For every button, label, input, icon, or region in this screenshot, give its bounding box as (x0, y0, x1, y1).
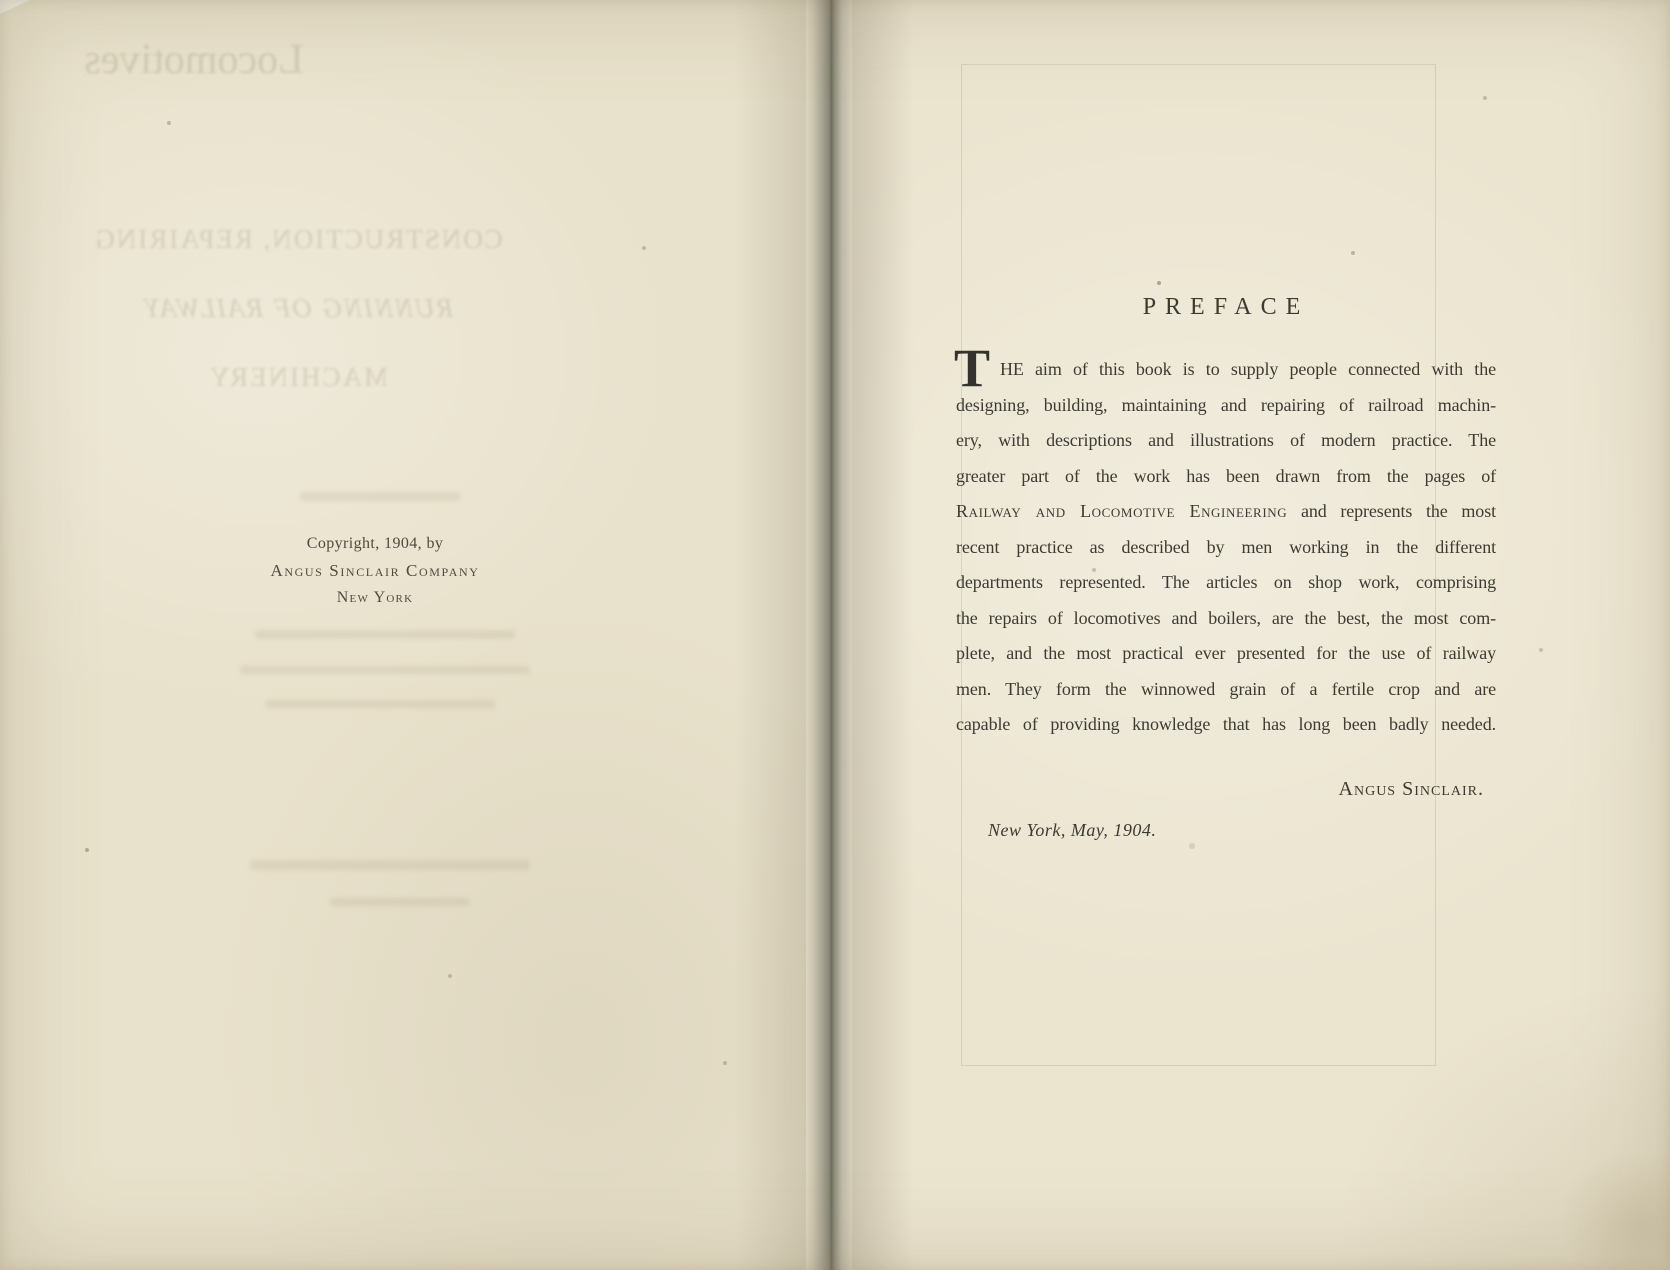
showthrough-smudge (330, 898, 470, 906)
left-page: Locomotives CONSTRUCTION, REPAIRING RUNN… (0, 0, 806, 1270)
copyright-notice: Copyright, 1904, by Angus Sinclair Compa… (155, 530, 595, 611)
paragraph-line: greater part of the work has been drawn … (956, 459, 1496, 495)
gutter-shadow (852, 0, 914, 1270)
dust-specks (0, 0, 2, 2)
showthrough-smudge (250, 860, 530, 870)
paragraph-line: capable of providing knowledge that has … (956, 707, 1496, 743)
showthrough-title-text: Locomotives (58, 36, 330, 84)
showthrough-line: RUNNING OF RAILWAY (38, 293, 558, 324)
place-dateline: New York, May, 1904. (988, 820, 1156, 841)
paper-stain (1560, 1150, 1670, 1270)
copyright-line: Copyright, 1904, by (155, 530, 595, 557)
showthrough-line: MACHINERY (38, 362, 558, 393)
book-gutter (806, 0, 852, 1270)
showthrough-smudge (255, 630, 515, 639)
paragraph-line: Railway and Locomotive Engineering and r… (956, 494, 1496, 530)
paragraph-line: departments represented. The articles on… (956, 565, 1496, 601)
preface-paragraph: THE aim of this book is to supply people… (956, 352, 1496, 743)
showthrough-smudge (300, 492, 460, 501)
right-page: PREFACE THE aim of this book is to suppl… (852, 0, 1670, 1270)
copyright-city: New York (155, 584, 595, 611)
drop-cap: T (954, 341, 990, 395)
paragraph-line: THE aim of this book is to supply people… (956, 352, 1496, 388)
journal-name-smallcaps: Railway and Locomotive Engineering (956, 501, 1287, 521)
author-signature: Angus Sinclair. (956, 778, 1496, 801)
paragraph-line: the repairs of locomotives and boilers, … (956, 601, 1496, 637)
showthrough-smudge (265, 700, 495, 708)
book-scan: Locomotives CONSTRUCTION, REPAIRING RUNN… (0, 0, 1670, 1270)
paragraph-line: plete, and the most practical ever prese… (956, 636, 1496, 672)
page-corner (0, 0, 30, 14)
paragraph-line: designing, building, maintaining and rep… (956, 388, 1496, 424)
paragraph-line-text: HE aim of this book is to supply people … (1000, 359, 1496, 379)
paragraph-line-text: and represents the most (1287, 501, 1496, 521)
showthrough-title-block: CONSTRUCTION, REPAIRING RUNNING OF RAILW… (38, 224, 558, 431)
showthrough-smudge (240, 666, 530, 674)
paragraph-line: recent practice as described by men work… (956, 530, 1496, 566)
showthrough-line: CONSTRUCTION, REPAIRING (38, 224, 558, 255)
paragraph-line: ery, with descriptions and illustrations… (956, 423, 1496, 459)
copyright-publisher: Angus Sinclair Company (155, 557, 595, 584)
paragraph-line: men. They form the winnowed grain of a f… (956, 672, 1496, 708)
gutter-shadow (734, 0, 806, 1270)
page-title: PREFACE (956, 294, 1496, 321)
